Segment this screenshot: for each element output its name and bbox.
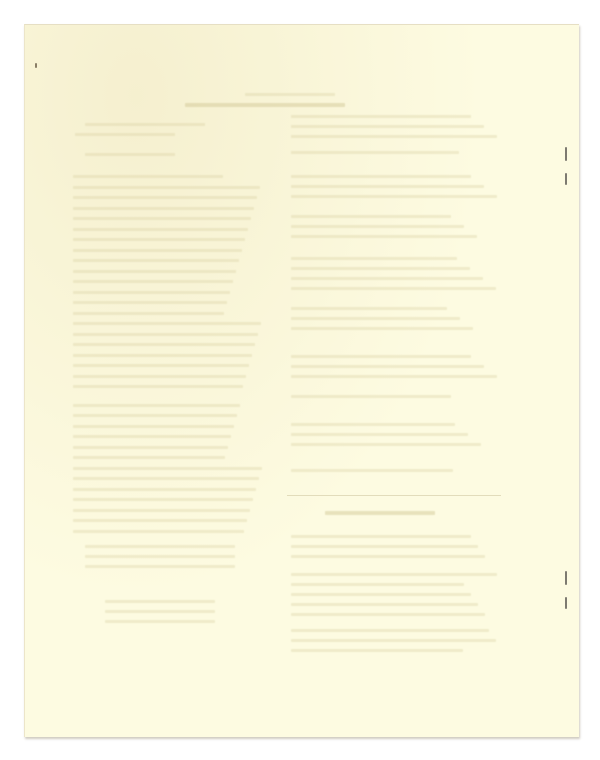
ghost-line — [185, 103, 345, 107]
ghost-line — [73, 301, 227, 304]
ghost-line — [291, 151, 459, 154]
staple-top-lower — [565, 173, 567, 185]
ghost-line — [291, 443, 481, 446]
ghost-line — [291, 175, 471, 178]
ghost-line — [73, 425, 234, 428]
ghost-line — [291, 545, 478, 548]
ghost-line — [291, 395, 451, 398]
ghost-line — [73, 280, 233, 283]
ghost-line — [291, 433, 468, 436]
ghost-line — [105, 600, 215, 603]
ghost-line — [85, 123, 205, 126]
ghost-line — [291, 215, 451, 218]
ghost-line — [291, 267, 470, 270]
ghost-line — [291, 573, 497, 576]
ghost-line — [291, 593, 471, 596]
ghost-line — [291, 639, 496, 642]
ghost-line — [73, 322, 261, 325]
ghost-line — [291, 195, 497, 198]
ghost-line — [291, 115, 471, 118]
ghost-line — [291, 355, 471, 358]
ghost-line — [73, 291, 230, 294]
ghost-line — [73, 530, 244, 533]
ghost-line — [73, 196, 257, 199]
ghost-line — [73, 435, 231, 438]
ghost-line — [291, 235, 477, 238]
ghost-line — [73, 249, 242, 252]
ghost-line — [325, 511, 435, 515]
paper-speck — [35, 63, 37, 68]
ghost-line — [105, 610, 215, 613]
ghost-line — [291, 375, 497, 378]
ghost-line — [291, 365, 484, 368]
ghost-line — [73, 238, 245, 241]
ghost-line — [291, 257, 457, 260]
column-divider-rule — [287, 495, 501, 496]
ghost-line — [73, 207, 254, 210]
ghost-line — [73, 259, 239, 262]
staple-bottom-lower — [565, 597, 567, 609]
ghost-line — [85, 153, 175, 156]
ghost-line — [73, 467, 262, 470]
ghost-line — [245, 93, 335, 96]
ghost-line — [291, 125, 484, 128]
staple-top-upper — [565, 147, 567, 161]
ghost-line — [73, 175, 223, 178]
ghost-line — [73, 217, 251, 220]
ghost-line — [291, 307, 447, 310]
ghost-line — [291, 603, 478, 606]
ghost-line — [73, 354, 252, 357]
ghost-line — [291, 225, 464, 228]
ghost-line — [73, 333, 258, 336]
ghost-line — [291, 649, 463, 652]
ghost-line — [291, 135, 497, 138]
ghost-line — [73, 404, 240, 407]
ghost-line — [85, 565, 235, 568]
ghost-line — [73, 477, 259, 480]
ghost-line — [73, 228, 248, 231]
ghost-line — [291, 613, 485, 616]
ghost-line — [73, 488, 256, 491]
ghost-line — [73, 385, 243, 388]
ghost-line — [73, 509, 250, 512]
staple-bottom-upper — [565, 571, 567, 585]
ghost-line — [291, 535, 471, 538]
ghost-line — [73, 364, 249, 367]
ghost-line — [73, 456, 225, 459]
ghost-line — [73, 186, 260, 189]
document-page — [24, 24, 579, 737]
ghost-line — [291, 317, 460, 320]
ghost-line — [73, 498, 253, 501]
ghost-line — [291, 327, 473, 330]
ghost-line — [73, 312, 224, 315]
ghost-line — [291, 469, 453, 472]
ghost-line — [73, 375, 246, 378]
ghost-line — [291, 277, 483, 280]
ghost-line — [73, 343, 255, 346]
ghost-line — [73, 414, 237, 417]
ghost-line — [291, 583, 464, 586]
ghost-line — [105, 620, 215, 623]
ghost-line — [291, 555, 485, 558]
ghost-line — [291, 423, 455, 426]
ghost-line — [85, 555, 235, 558]
ghost-line — [291, 185, 484, 188]
ghost-line — [291, 287, 496, 290]
ghost-line — [73, 270, 236, 273]
ghost-line — [85, 545, 235, 548]
ghost-line — [73, 519, 247, 522]
ghost-line — [291, 629, 489, 632]
ghost-line — [75, 133, 175, 136]
ghost-line — [73, 446, 228, 449]
